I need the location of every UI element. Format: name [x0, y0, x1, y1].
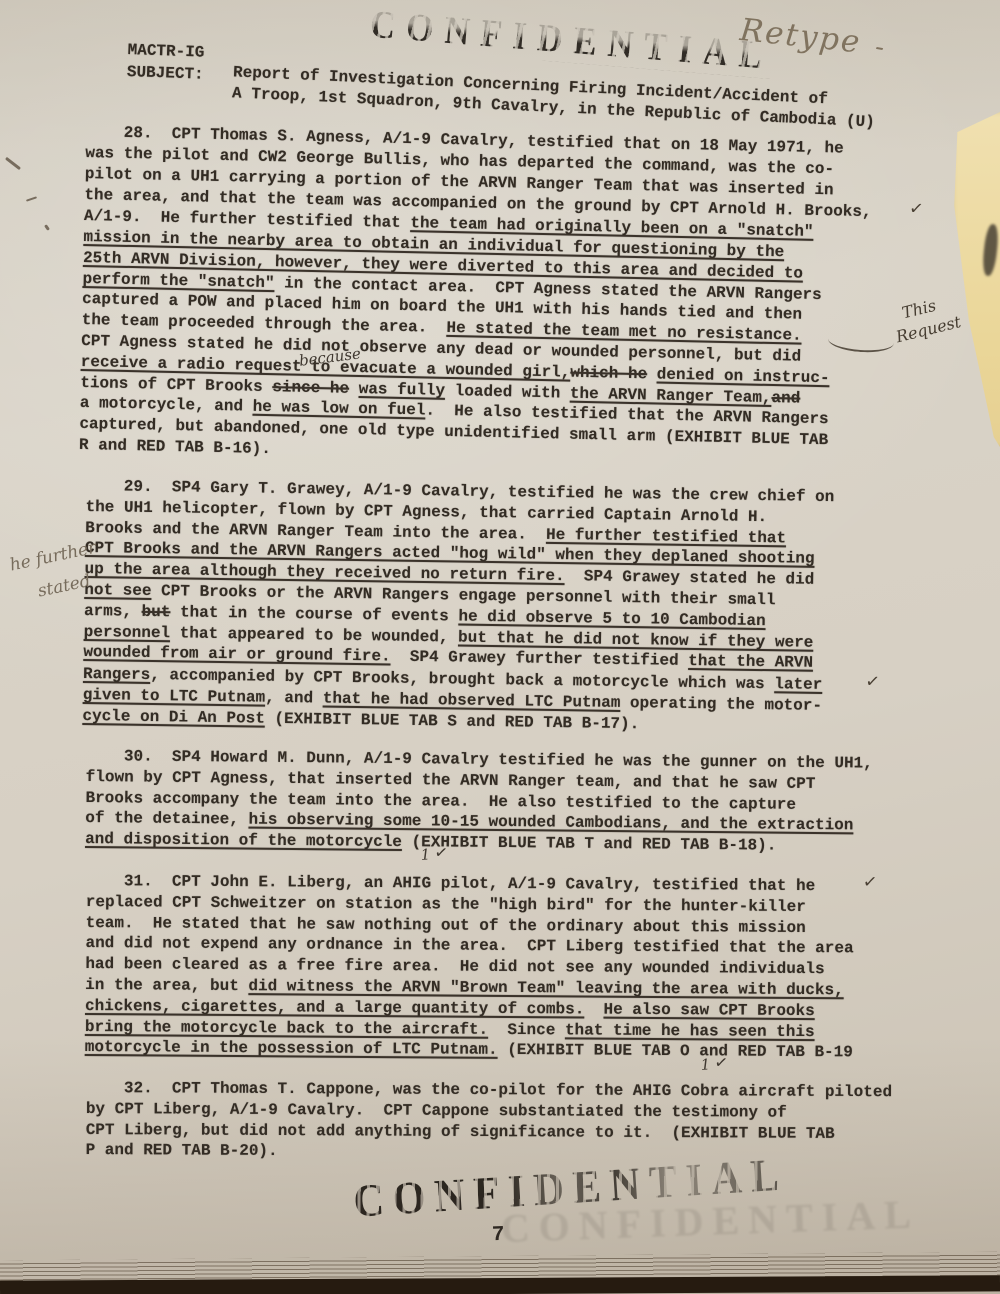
- stray-ink-mark: [44, 224, 50, 231]
- check-mark-paragraph-31: ✓: [433, 842, 449, 863]
- check-mark-paragraph-32: ✓: [713, 1052, 729, 1073]
- document-body: 28. CPT Thomas S. Agness, A/1-9 Cavalry,…: [86, 122, 934, 1182]
- scanned-page: t the Nati CONFIDENTIAL Retype - MACTR-I…: [0, 0, 1000, 1294]
- handwritten-dash: -: [873, 32, 887, 63]
- paragraph-31: 31. CPT John E. Liberg, an AHIG pilot, A…: [85, 870, 934, 1064]
- stray-ink-mark: [5, 157, 21, 170]
- background-card: t the Nati: [948, 112, 1000, 447]
- handwritten-one-paragraph-32: 1: [700, 1055, 711, 1074]
- card-ink-blob: [981, 223, 999, 276]
- paragraph-28: 28. CPT Thomas S. Agness, A/1-9 Cavalry,…: [79, 122, 934, 474]
- handwritten-one-paragraph-31: 1: [420, 845, 431, 864]
- page-number: 7: [492, 1224, 505, 1247]
- paragraph-30: 30. SP4 Howard M. Dunn, A/1-9 Cavalry te…: [85, 746, 934, 858]
- subject-label: SUBJECT:: [126, 62, 229, 108]
- paragraph-29: 29. SP4 Gary T. Grawey, A/1-9 Cavalry, t…: [82, 476, 934, 739]
- paragraph-32: 32. CPT Thomas T. Cappone, was the co-pi…: [86, 1078, 934, 1166]
- stray-ink-mark: [26, 196, 37, 201]
